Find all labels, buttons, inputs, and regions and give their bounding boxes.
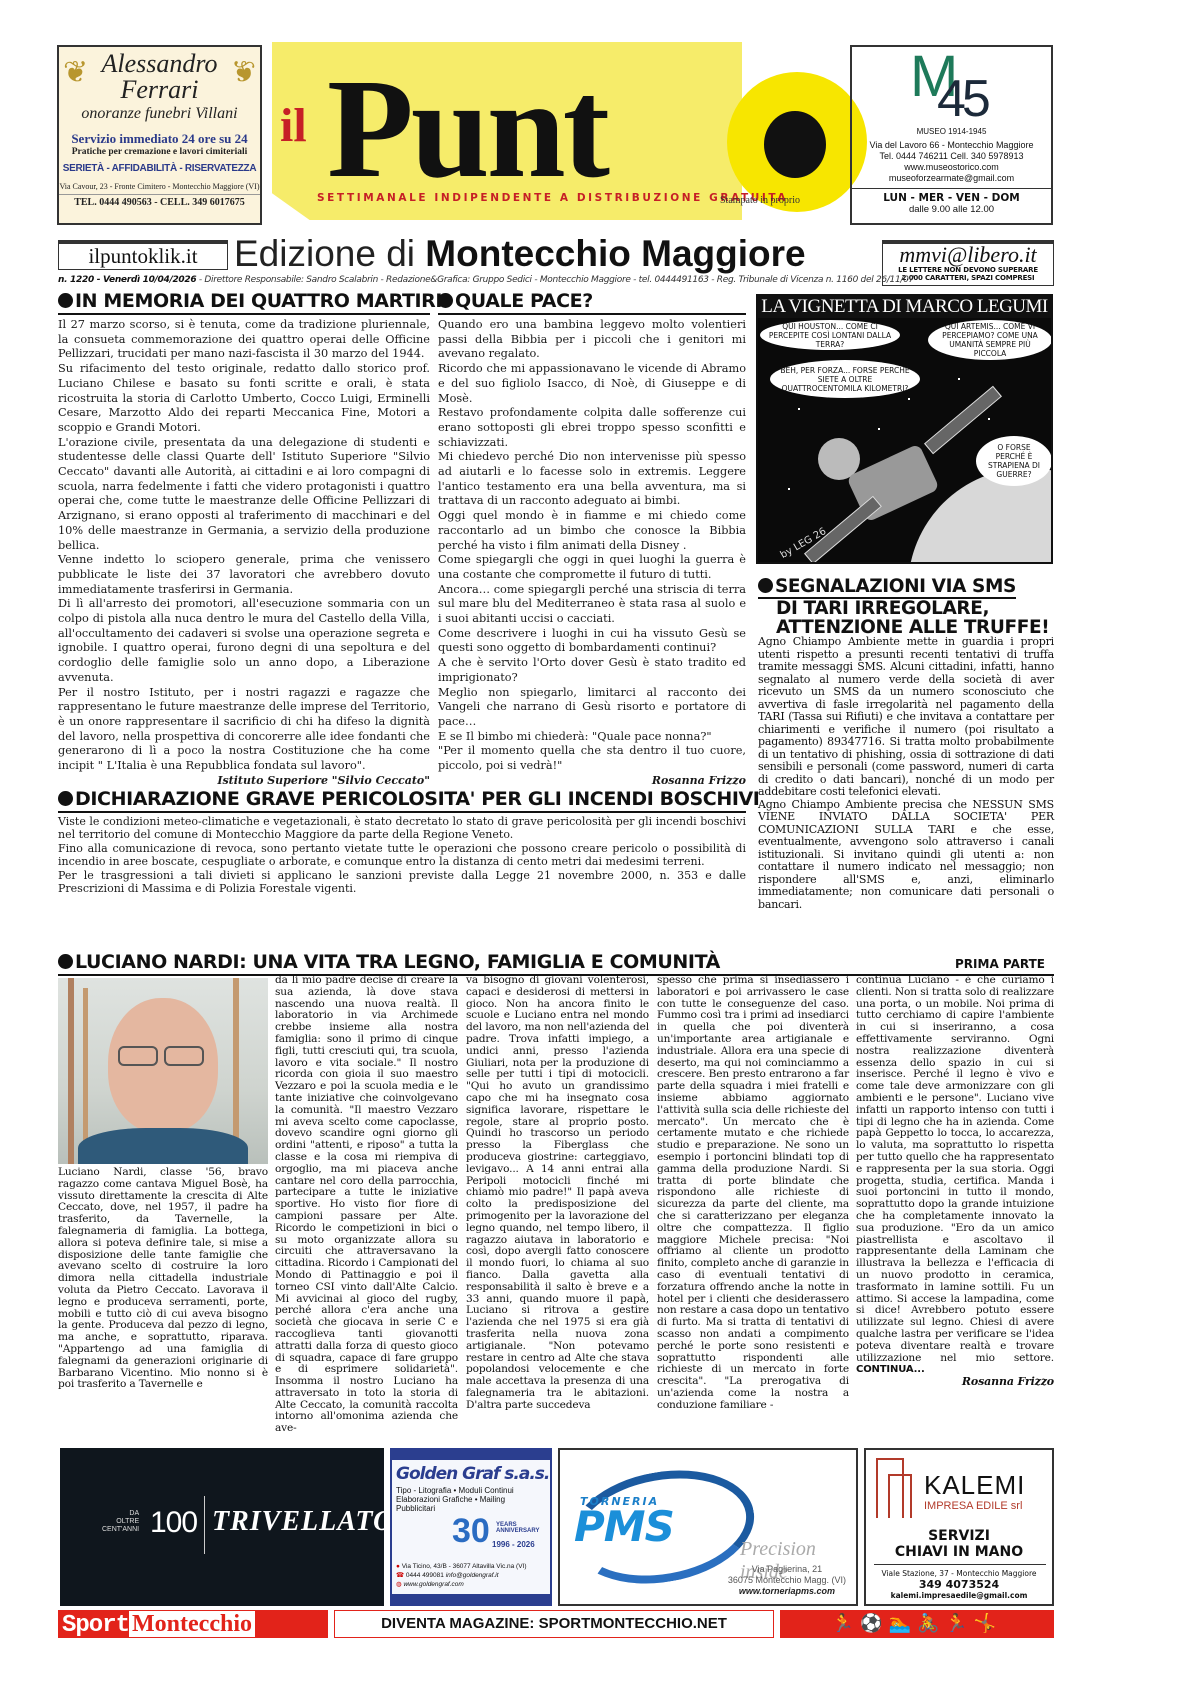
museum-email[interactable]: museoforzearmate@gmail.com	[852, 173, 1051, 184]
museum-days: LUN - MER - VEN - DOM	[852, 188, 1051, 204]
article-incendi-title: DICHIARAZIONE GRAVE PERICOLOSITA' PER GL…	[58, 789, 746, 813]
article-sms-body: Agno Chiampo Ambiente mette in guardia i…	[758, 636, 1054, 911]
speech-bubble: QUI ARTEMIS... COME VI PERCEPIAMO? COME …	[928, 320, 1052, 360]
kalemi-brand: KALEMI	[924, 1470, 1025, 1501]
pms-brand: PMS	[574, 1502, 674, 1551]
sport-montecchio-logo: SportMontecchio	[58, 1610, 328, 1638]
trivellato-ad[interactable]: DAOLTRECENT'ANNI 100 TRIVELLATO®	[60, 1448, 384, 1606]
ad-values: SERIETÀ - AFFIDABILITÀ - RISERVATEZZA	[59, 163, 260, 174]
sports-figures-icon: 🏃⚽🏊🚴🏃🤸	[780, 1610, 1054, 1638]
paragraph: Il 27 marzo scorso, si è tenuta, come da…	[58, 318, 430, 362]
laurel-right-icon: ❦	[231, 55, 256, 90]
article-nardi-col2: da lì mio padre decise di creare la sua …	[275, 975, 458, 1435]
edition-town: Montecchio Maggiore	[425, 233, 805, 274]
paragraph: Come descrivere i luoghi in cui ha vissu…	[438, 627, 746, 656]
ad-practices: Pratiche per cremazione e lavori cimiter…	[59, 147, 260, 157]
pms-website[interactable]: www.torneriapms.com	[728, 1586, 846, 1597]
ad-subtitle: onoranze funebri Villani	[59, 105, 260, 123]
kalemi-email[interactable]: kalemi.impresaedile@gmail.com	[866, 1590, 1052, 1601]
paragraph: Venne indetto lo sciopero generale, prim…	[58, 553, 430, 597]
bullet-icon	[758, 578, 773, 593]
issue-credits: - Direttore Responsabile: Sandro Scalabr…	[196, 275, 914, 285]
trivellato-100: 100	[150, 1506, 197, 1540]
kalemi-ad[interactable]: KALEMI IMPRESA EDILE srl SERVIZI CHIAVI …	[864, 1448, 1054, 1606]
ad-address: Via Cavour, 23 - Fronte Cimitero - Monte…	[59, 182, 260, 191]
museum-logo: M 45	[852, 49, 1051, 127]
paragraph: Su rifacimento del testo originale, reda…	[58, 362, 430, 436]
article-nardi-col5: continua Luciano - è che curiamo i clien…	[856, 975, 1054, 1388]
letters-rule-1: LE LETTERE NON DEVONO SUPERARE	[883, 266, 1053, 274]
paragraph: Di lì all'arresto dei promotori, all'ese…	[58, 597, 430, 685]
paragraph: Meglio non spiegarlo, limitarci al racco…	[438, 686, 746, 730]
cartoon-title: LA VIGNETTA DI MARCO LEGUMI	[758, 296, 1051, 318]
sport-montecchio-bar[interactable]: SportMontecchio DIVENTA MAGAZINE: SPORTM…	[58, 1610, 1054, 1642]
museum-address: Via del Lavoro 66 - Montecchio Maggiore	[852, 140, 1051, 151]
ad-phone: TEL. 0444 490563 - CELL. 349 6017675	[59, 194, 260, 208]
goldengraf-address: ● Via Ticino, 43/B - 36077 Altavilla Vic…	[396, 1562, 527, 1571]
museum-logo-45: 45	[937, 69, 987, 129]
masthead: il Punt SETTIMANALE INDIPENDENTE A DISTR…	[272, 42, 842, 222]
speech-bubble: O FORSE PERCHÉ È STRAPIENA DI GUERRE?	[976, 436, 1052, 486]
bullet-icon	[58, 791, 73, 806]
masthead-printed: Stampato in proprio	[720, 195, 800, 206]
paragraph: Fino alla comunicazione di revoca, sono …	[58, 842, 746, 869]
article-sms-title: SEGNALAZIONI VIA SMS DI TARI IRREGOLARE,…	[758, 576, 1054, 637]
article-martiri-body: Il 27 marzo scorso, si è tenuta, come da…	[58, 318, 430, 789]
article-nardi-col4: spesso che prima si insediassero i labor…	[657, 975, 849, 1411]
paragraph: Oggi quel mondo è in fiamme e mi chiedo …	[438, 509, 746, 553]
museum-phone: Tel. 0444 746211 Cell. 340 5978913	[852, 151, 1051, 162]
issue-number-date: n. 1220 - Venerdì 10/04/2026	[58, 275, 196, 285]
goldengraf-contact: ☎ 0444 499081 info@goldengraf.it	[396, 1571, 527, 1580]
paragraph: Per il nostro Istituto, per i nostri rag…	[58, 686, 430, 774]
speech-bubble: BEH, PER FORZA... FORSE PERCHÉ SIETE A O…	[770, 360, 920, 398]
bullet-icon	[58, 293, 73, 308]
paragraph: "Per il momento quella che sta dentro il…	[438, 744, 746, 773]
edition-prefix: Edizione di	[234, 233, 415, 274]
ad-service: Servizio immediato 24 ore su 24	[59, 131, 260, 147]
article-nardi-signature: Rosanna Frizzo	[856, 1376, 1054, 1388]
ad-name-line1: Alessandro	[59, 51, 260, 77]
location-pin-icon: ●	[396, 1563, 400, 1570]
luciano-nardi-photo	[58, 978, 268, 1164]
paragraph: Agno Chiampo Ambiente mette in guardia i…	[758, 636, 1054, 799]
masthead-title: Punt	[327, 48, 607, 208]
bullet-icon	[438, 293, 453, 308]
article-nardi-part-label: PRIMA PARTE	[955, 957, 1045, 971]
paragraph: Mi chiedevo perché Dio non intervenisse …	[438, 450, 746, 509]
museum-hours: dalle 9.00 alle 12.00	[852, 204, 1051, 215]
continue-link[interactable]: CONTINUA...	[856, 1364, 925, 1375]
paragraph: Viste le condizioni meteo-climatiche e v…	[58, 815, 746, 842]
paragraph: L'orazione civile, presentata da una del…	[58, 436, 430, 554]
article-martiri-title: IN MEMORIA DEI QUATTRO MARTIRI	[58, 291, 430, 315]
trivellato-brand: TRIVELLATO®	[212, 1506, 401, 1538]
edition-title: Edizione di Montecchio Maggiore	[234, 234, 806, 274]
museum-website[interactable]: www.museostorico.com	[852, 162, 1051, 173]
paragraph: Agno Chiampo Ambiente precisa che NESSUN…	[758, 799, 1054, 912]
museum-ad[interactable]: M 45 MUSEO 1914-1945 Via del Lavoro 66 -…	[850, 45, 1053, 225]
phone-icon: ☎	[396, 1572, 404, 1579]
letters-email[interactable]: mmvi@libero.it	[883, 244, 1053, 266]
torneria-pms-ad[interactable]: TORNERIA PMS Precision inside Via Paglie…	[558, 1448, 858, 1606]
anniversary-badge: 30	[452, 1512, 490, 1551]
cartoon-artwork: QUI HOUSTON... COME CI PERCEPITE COSÌ LO…	[758, 318, 1053, 564]
laurel-left-icon: ❦	[63, 55, 88, 90]
sport-montecchio-link[interactable]: SPORTMONTECCHIO.NET	[539, 1615, 727, 1632]
site-link[interactable]: ilpuntoklik.it	[58, 240, 228, 270]
trivellato-tagline: DAOLTRECENT'ANNI	[102, 1510, 139, 1534]
issue-info-line: n. 1220 - Venerdì 10/04/2026 - Direttore…	[58, 275, 914, 285]
cartoon-panel: LA VIGNETTA DI MARCO LEGUMI QUI HOUSTON.…	[756, 294, 1053, 564]
article-martiri-signature: Istituto Superiore "Silvio Ceccato"	[58, 774, 430, 789]
goldengraf-ad[interactable]: Golden Graf s.a.s. Tipo - Litografia • M…	[390, 1448, 552, 1606]
article-nardi-col1: Luciano Nardi, classe '56, bravo ragazzo…	[58, 1167, 268, 1391]
paragraph: Ricordo che mi appassionavano le vicende…	[438, 362, 746, 406]
sport-magazine-cta: DIVENTA MAGAZINE: SPORTMONTECCHIO.NET	[334, 1610, 774, 1638]
goldengraf-brand: Golden Graf s.a.s.	[392, 1460, 550, 1484]
kalemi-phone: 349 4073524	[866, 1579, 1052, 1590]
kalemi-services: SERVIZI CHIAVI IN MANO	[866, 1528, 1052, 1560]
article-nardi-title: LUCIANO NARDI: UNA VITA TRA LEGNO, FAMIG…	[58, 952, 1054, 976]
paragraph: Come spiegargli che oggi in quei luoghi …	[438, 553, 746, 582]
paragraph: A che è servito l'Orto dover Gesù è stat…	[438, 656, 746, 685]
bullet-icon	[58, 954, 73, 969]
ad-name-line2: Ferrari	[59, 77, 260, 103]
speech-bubble: QUI HOUSTON... COME CI PERCEPITE COSÌ LO…	[760, 320, 900, 350]
article-incendi-body: Viste le condizioni meteo-climatiche e v…	[58, 815, 746, 895]
paragraph: E se Il bimbo mi chiederà: "Quale pace n…	[438, 730, 746, 745]
article-nardi-col3: va bisogno di giovani volenterosi, capac…	[466, 975, 649, 1411]
article-pace-signature: Rosanna Frizzo	[438, 774, 746, 789]
globe-icon: ◍	[396, 1581, 402, 1588]
paragraph: Restavo profondamente colpita dalle soff…	[438, 406, 746, 450]
article-pace-title: QUALE PACE?	[438, 291, 746, 315]
masthead-il: il	[280, 98, 307, 153]
paragraph: Per le trasgressioni a tali divieti si a…	[58, 869, 746, 896]
article-pace-body: Quando ero una bambina leggevo molto vol…	[438, 318, 746, 789]
paragraph: Ancora… come spiegargli perché una stris…	[438, 583, 746, 627]
masthead-tagline: SETTIMANALE INDIPENDENTE A DISTRIBUZIONE…	[317, 192, 788, 204]
masthead-o-letter	[750, 97, 840, 192]
paragraph: Quando ero una bambina leggevo molto vol…	[438, 318, 746, 362]
funeral-services-ad[interactable]: ❦ ❦ Alessandro Ferrari onoranze funebri …	[57, 45, 262, 225]
